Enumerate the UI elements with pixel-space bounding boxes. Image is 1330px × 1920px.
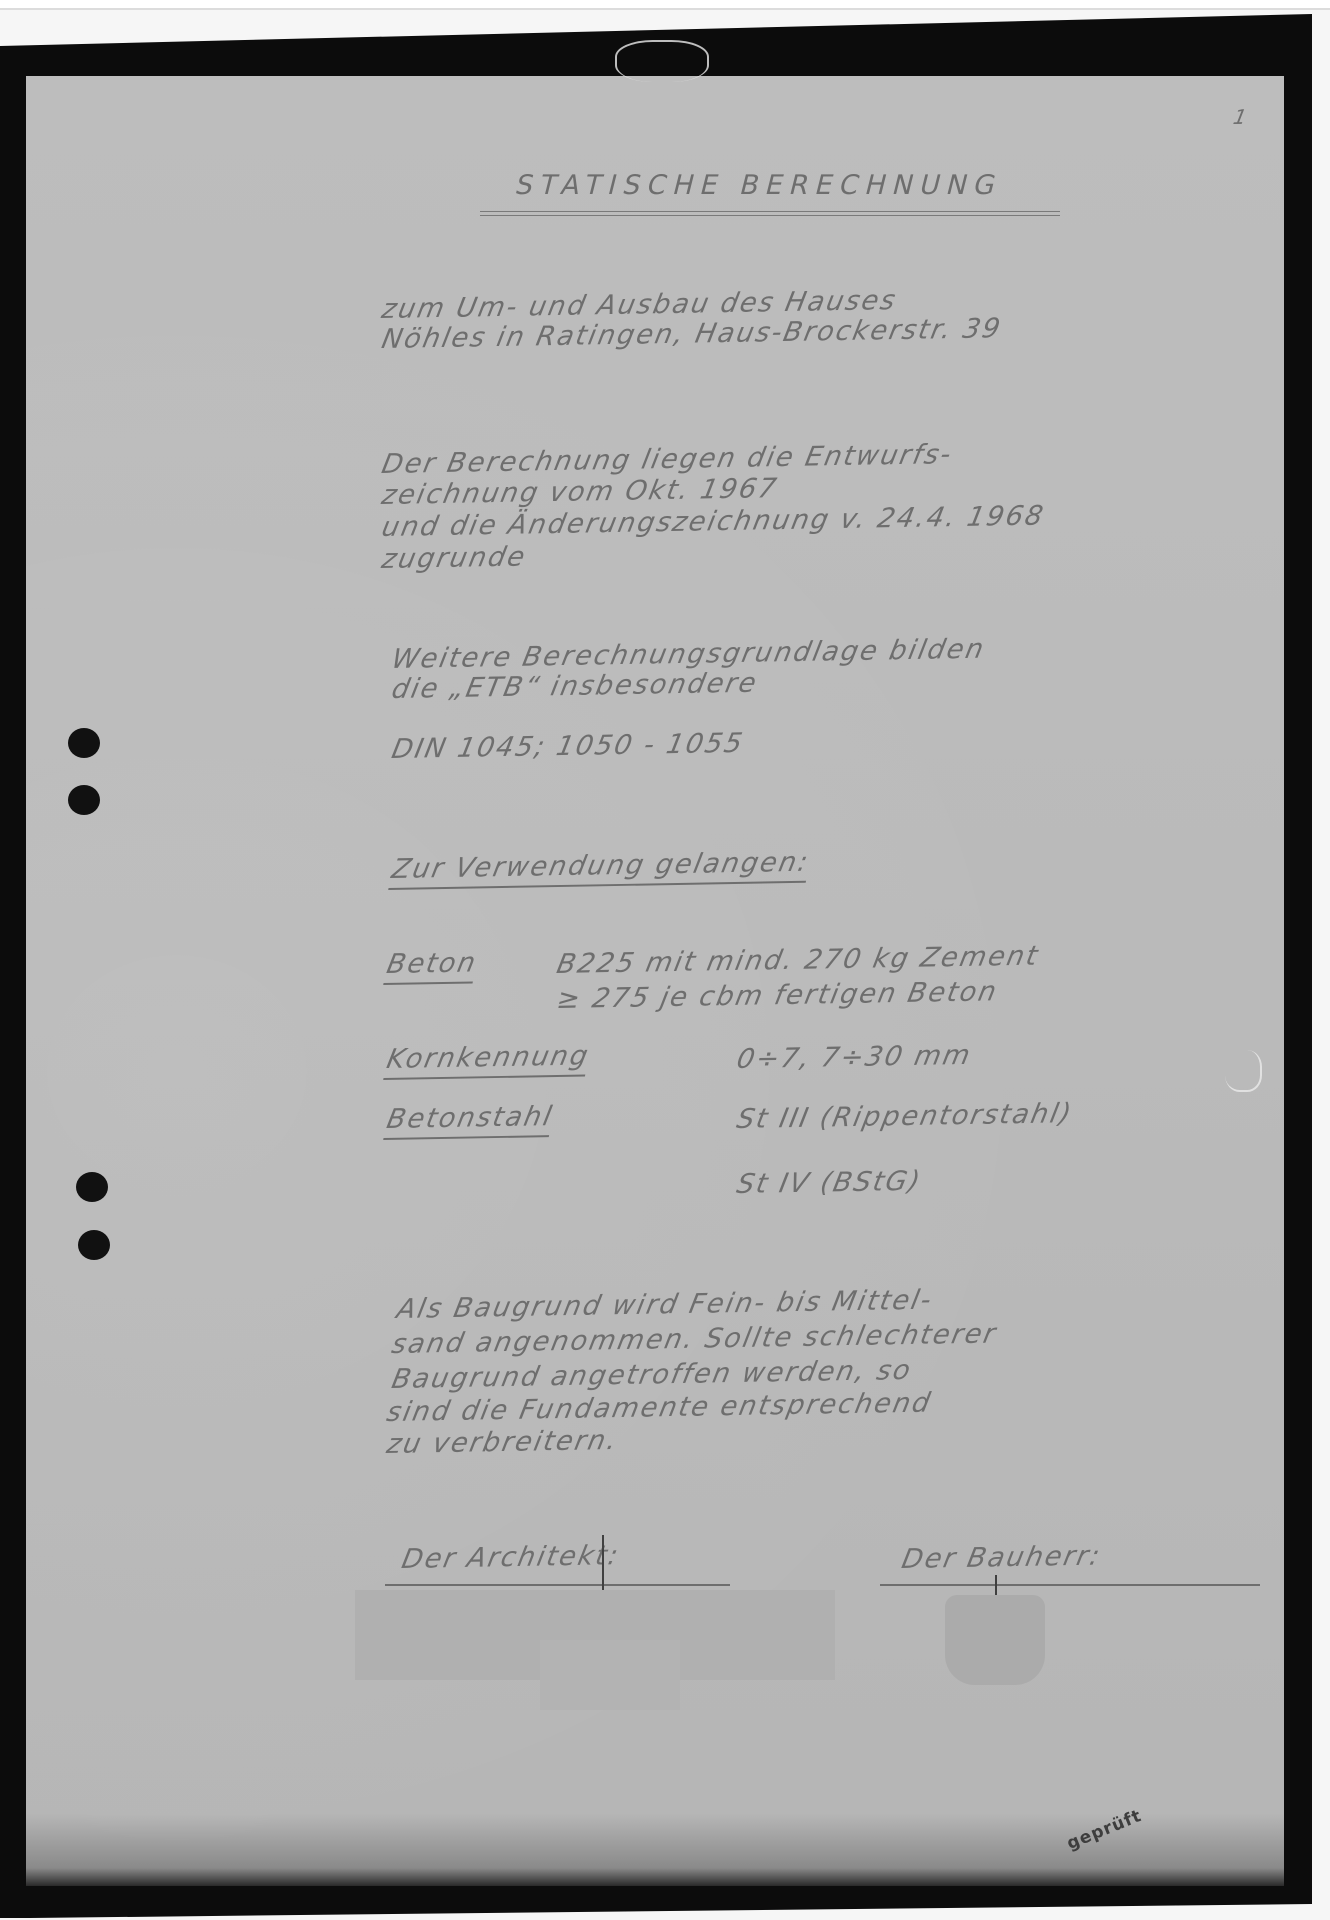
punch-hole [78,1230,110,1260]
punch-hole [76,1172,108,1202]
punch-hole [68,785,100,815]
betonstahl-value-1: St III (Rippentorstahl) [734,1099,1075,1135]
punch-hole [68,728,100,758]
film-scratch [1225,1050,1262,1092]
film-scratch [615,40,709,82]
basis-line-4: zugrunde [379,542,529,574]
ground-line-5: zu verbreitern. [384,1426,621,1460]
beton-label: Beton [383,948,480,985]
betonstahl-label: Betonstahl [383,1102,556,1140]
kornkennung-value: 0÷7, 7÷30 mm [734,1041,974,1075]
document-title: STATISCHE BERECHNUNG [512,170,1006,201]
owner-signature-line [880,1584,1260,1586]
redacted-signature [945,1595,1045,1685]
materials-heading: Zur Verwendung gelangen: [388,848,812,890]
betonstahl-value-2: St IV (BStG) [734,1167,924,1200]
title-underline [480,211,1060,216]
kornkennung-label: Kornkennung [383,1041,592,1080]
owner-label: Der Bauherr: [899,1542,1104,1575]
architect-signature-line [385,1584,730,1586]
viewer-top-strip [0,0,1330,10]
redacted-signature [540,1640,680,1710]
din-standards: DIN 1045; 1050 - 1055 [389,729,746,765]
architect-label: Der Architekt: [399,1541,622,1575]
